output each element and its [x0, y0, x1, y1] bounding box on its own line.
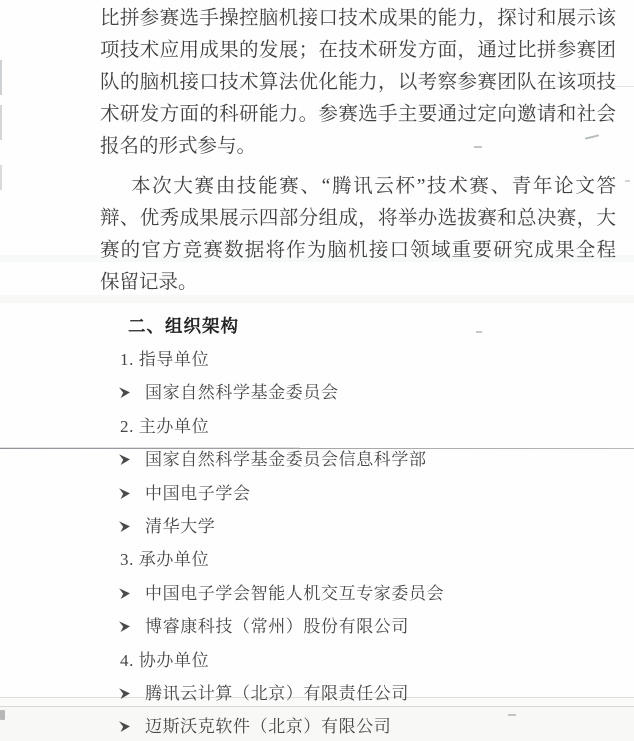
- arrow-bullet-icon: [118, 720, 131, 733]
- paragraph-line: 保留记录。: [100, 267, 616, 299]
- organization-list: 1. 指导单位 国家自然科学基金委员会 2. 主办单位 国家自然科学基金委员会信…: [100, 343, 616, 741]
- org-item-text: 2. 主办单位: [120, 417, 209, 436]
- org-item-text: 国家自然科学基金委员会信息科学部: [145, 450, 427, 469]
- document-body: 比拼参赛选手操控脑机接口技术成果的能力，探讨和展示该 项技术应用成果的发展；在技…: [100, 0, 616, 741]
- arrow-bullet-icon: [118, 587, 131, 600]
- arrow-bullet-icon: [118, 386, 131, 399]
- scan-speck: [625, 180, 630, 182]
- org-item-text: 3. 承办单位: [120, 550, 209, 569]
- scan-edge-mark: [0, 165, 2, 190]
- org-item-text: 腾讯云计算（北京）有限责任公司: [145, 684, 409, 703]
- org-item: 国家自然科学基金委员会信息科学部: [100, 443, 616, 476]
- scan-edge-mark: [0, 710, 5, 720]
- org-item-co-organizing-unit: 4. 协办单位: [100, 644, 616, 677]
- org-item: 迈斯沃克软件（北京）有限公司: [100, 710, 616, 741]
- org-item-text: 迈斯沃克软件（北京）有限公司: [145, 717, 391, 736]
- org-item-text: 博睿康科技（常州）股份有限公司: [145, 617, 409, 636]
- scan-edge-mark: [0, 105, 2, 140]
- arrow-bullet-icon: [118, 620, 131, 633]
- org-item: 清华大学: [100, 510, 616, 543]
- org-item: 腾讯云计算（北京）有限责任公司: [100, 677, 616, 710]
- paragraph-competition-ability: 比拼参赛选手操控脑机接口技术成果的能力，探讨和展示该 项技术应用成果的发展；在技…: [100, 3, 616, 163]
- org-item-host-unit: 2. 主办单位: [100, 410, 616, 443]
- paragraph-line: 赛的官方竞赛数据将作为脑机接口领域重要研究成果全程: [100, 235, 616, 267]
- paragraph-line: 报名的形式参与。: [100, 131, 616, 163]
- org-item: 中国电子学会智能人机交互专家委员会: [100, 577, 616, 610]
- paragraph-line: 队的脑机接口技术算法优化能力，以考察参赛团队在该项技: [100, 67, 616, 99]
- org-item-text: 中国电子学会: [145, 484, 251, 503]
- paragraph-line: 辩、优秀成果展示四部分组成，将举办选拔赛和总决赛，大: [100, 203, 616, 235]
- org-item-organizing-unit: 3. 承办单位: [100, 543, 616, 576]
- section-heading-organization: 二、组织架构: [100, 309, 616, 343]
- scan-edge-mark: [0, 60, 2, 95]
- org-item-text: 中国电子学会智能人机交互专家委员会: [145, 584, 444, 603]
- org-item: 国家自然科学基金委员会: [100, 376, 616, 409]
- arrow-bullet-icon: [118, 487, 131, 500]
- org-item-guiding-unit: 1. 指导单位: [100, 343, 616, 376]
- org-item-text: 国家自然科学基金委员会: [145, 383, 339, 402]
- org-item-text: 1. 指导单位: [120, 350, 209, 369]
- paragraph-line: 项技术应用成果的发展；在技术研发方面，通过比拼参赛团: [100, 35, 616, 67]
- arrow-bullet-icon: [118, 453, 131, 466]
- scanned-document-page: 比拼参赛选手操控脑机接口技术成果的能力，探讨和展示该 项技术应用成果的发展；在技…: [0, 0, 634, 741]
- paragraph-line: 术研发方面的科研能力。参赛选手主要通过定向邀请和社会: [100, 99, 616, 131]
- paragraph-line: 本次大赛由技能赛、“腾讯云杯”技术赛、青年论文答: [100, 171, 616, 203]
- paragraph-line: 比拼参赛选手操控脑机接口技术成果的能力，探讨和展示该: [100, 3, 616, 35]
- arrow-bullet-icon: [118, 687, 131, 700]
- paragraph-competition-structure: 本次大赛由技能赛、“腾讯云杯”技术赛、青年论文答 辩、优秀成果展示四部分组成，将…: [100, 171, 616, 299]
- org-item-text: 清华大学: [145, 517, 215, 536]
- org-item-text: 4. 协办单位: [120, 651, 209, 670]
- org-item: 博睿康科技（常州）股份有限公司: [100, 610, 616, 643]
- org-item: 中国电子学会: [100, 477, 616, 510]
- arrow-bullet-icon: [118, 520, 131, 533]
